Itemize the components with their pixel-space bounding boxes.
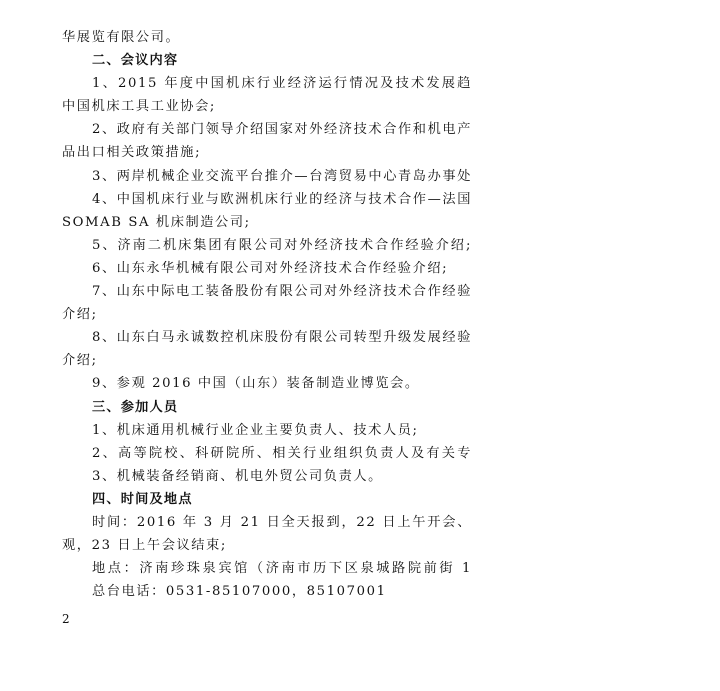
agenda-item-9: 9、参观 2016 中国（山东）装备制造业博览会。 [62,372,472,395]
agenda-item-8: 8、山东白马永诚数控机床股份有限公司转型升级发展经验 [62,326,472,349]
agenda-item-3: 3、两岸机械企业交流平台推介—台湾贸易中心青岛办事处 [62,165,472,188]
time-info: 时间：2016 年 3 月 21 日全天报到，22 日上午开会、下午参 [62,511,472,534]
section-heading-meeting-content: 二、会议内容 [62,49,472,72]
agenda-item-2: 2、政府有关部门领导介绍国家对外经济技术合作和机电产 [62,118,472,141]
agenda-item-8-cont: 介绍; [62,349,472,372]
agenda-item-7: 7、山东中际电工装备股份有限公司对外经济技术合作经验 [62,280,472,303]
document-page: 华展览有限公司。 二、会议内容 1、2015 年度中国机床行业经济运行情况及技术… [62,26,472,603]
text-line: 华展览有限公司。 [62,26,472,49]
agenda-item-1: 1、2015 年度中国机床行业经济运行情况及技术发展趋势— [62,72,472,95]
participant-item-2: 2、高等院校、科研院所、相关行业组织负责人及有关专家; [62,442,472,465]
agenda-item-6: 6、山东永华机械有限公司对外经济技术合作经验介绍; [62,257,472,280]
time-info-cont: 观，23 日上午会议结束; [62,534,472,557]
location-info: 地点：济南珍珠泉宾馆（济南市历下区泉城路院前街 1 号） [62,557,472,580]
participant-item-1: 1、机床通用机械行业企业主要负责人、技术人员; [62,419,472,442]
agenda-item-4-cont: SOMAB SA 机床制造公司; [62,211,472,234]
section-heading-time-location: 四、时间及地点 [62,488,472,511]
agenda-item-5: 5、济南二机床集团有限公司对外经济技术合作经验介绍; [62,234,472,257]
section-heading-participants: 三、参加人员 [62,396,472,419]
participant-item-3: 3、机械装备经销商、机电外贸公司负责人。 [62,465,472,488]
page-number: 2 [62,612,70,626]
agenda-item-1-cont: 中国机床工具工业协会; [62,95,472,118]
agenda-item-4: 4、中国机床行业与欧洲机床行业的经济与技术合作—法国 [62,188,472,211]
agenda-item-2-cont: 品出口相关政策措施; [62,141,472,164]
phone-info: 总台电话：0531-85107000，85107001 [62,580,472,603]
agenda-item-7-cont: 介绍; [62,303,472,326]
